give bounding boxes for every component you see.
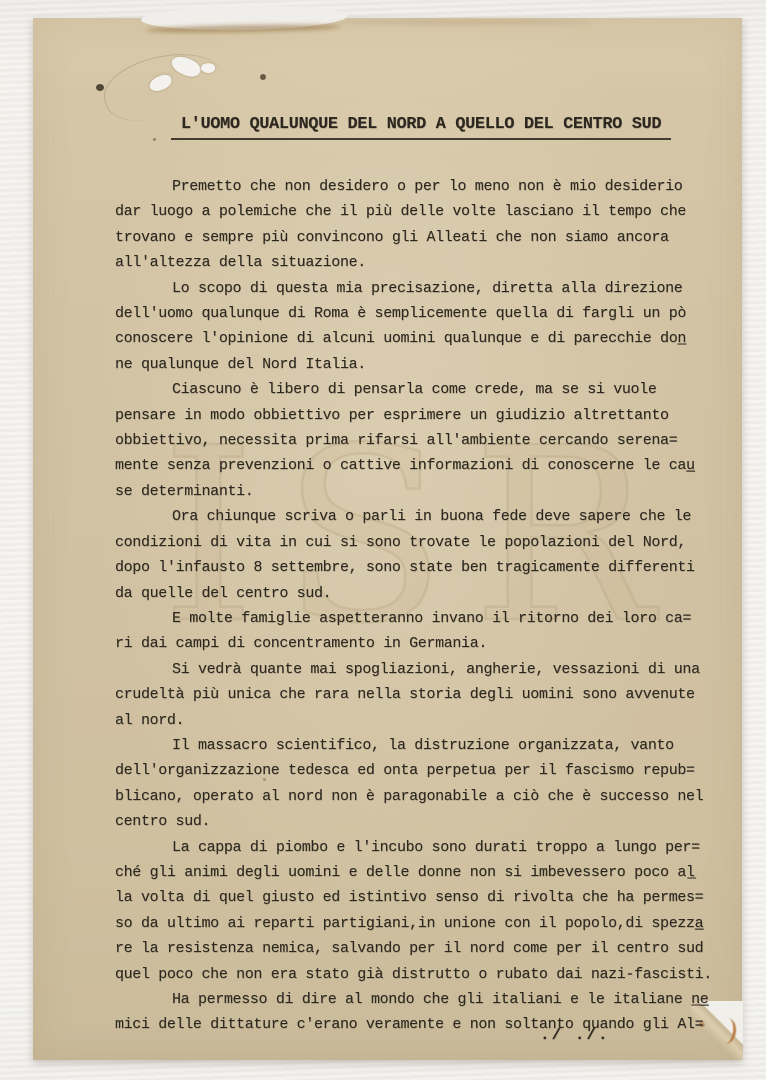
paragraph: Premetto che non desidero o per lo meno … — [115, 174, 727, 276]
continuation-mark: ./ ./. — [540, 1026, 610, 1044]
paragraph: La cappa di piombo e l'incubo sono durat… — [115, 835, 727, 987]
text-block: L'UOMO QUALUNQUE DEL NORD A QUELLO DEL C… — [115, 114, 727, 1038]
document-title: L'UOMO QUALUNQUE DEL NORD A QUELLO DEL C… — [171, 115, 671, 140]
document-page: ISR L'UOMO QUALUNQUE DEL NORD A QUELLO D… — [33, 18, 742, 1060]
paragraph: Si vedrà quante mai spogliazioni, angher… — [115, 657, 727, 733]
edge-stain-light — [333, 20, 593, 24]
paragraph: Ciascuno è libero di pensarla come crede… — [115, 377, 727, 504]
paragraph: Lo scopo di questa mia precisazione, dir… — [115, 276, 727, 378]
staple-mark — [96, 84, 104, 91]
title-row: L'UOMO QUALUNQUE DEL NORD A QUELLO DEL C… — [115, 114, 727, 140]
paragraph: Ha permesso di dire al mondo che gli ita… — [115, 987, 727, 1038]
paragraph: Il massacro scientifico, la distruzione … — [115, 733, 727, 835]
paragraph: Ora chiunque scriva o parli in buona fed… — [115, 504, 727, 606]
document-body: Premetto che non desidero o per lo meno … — [115, 174, 727, 1038]
paragraph: E molte famiglie aspetteranno invano il … — [115, 606, 727, 657]
staple-mark — [260, 74, 266, 80]
scan-background: ISR L'UOMO QUALUNQUE DEL NORD A QUELLO D… — [0, 0, 766, 1080]
